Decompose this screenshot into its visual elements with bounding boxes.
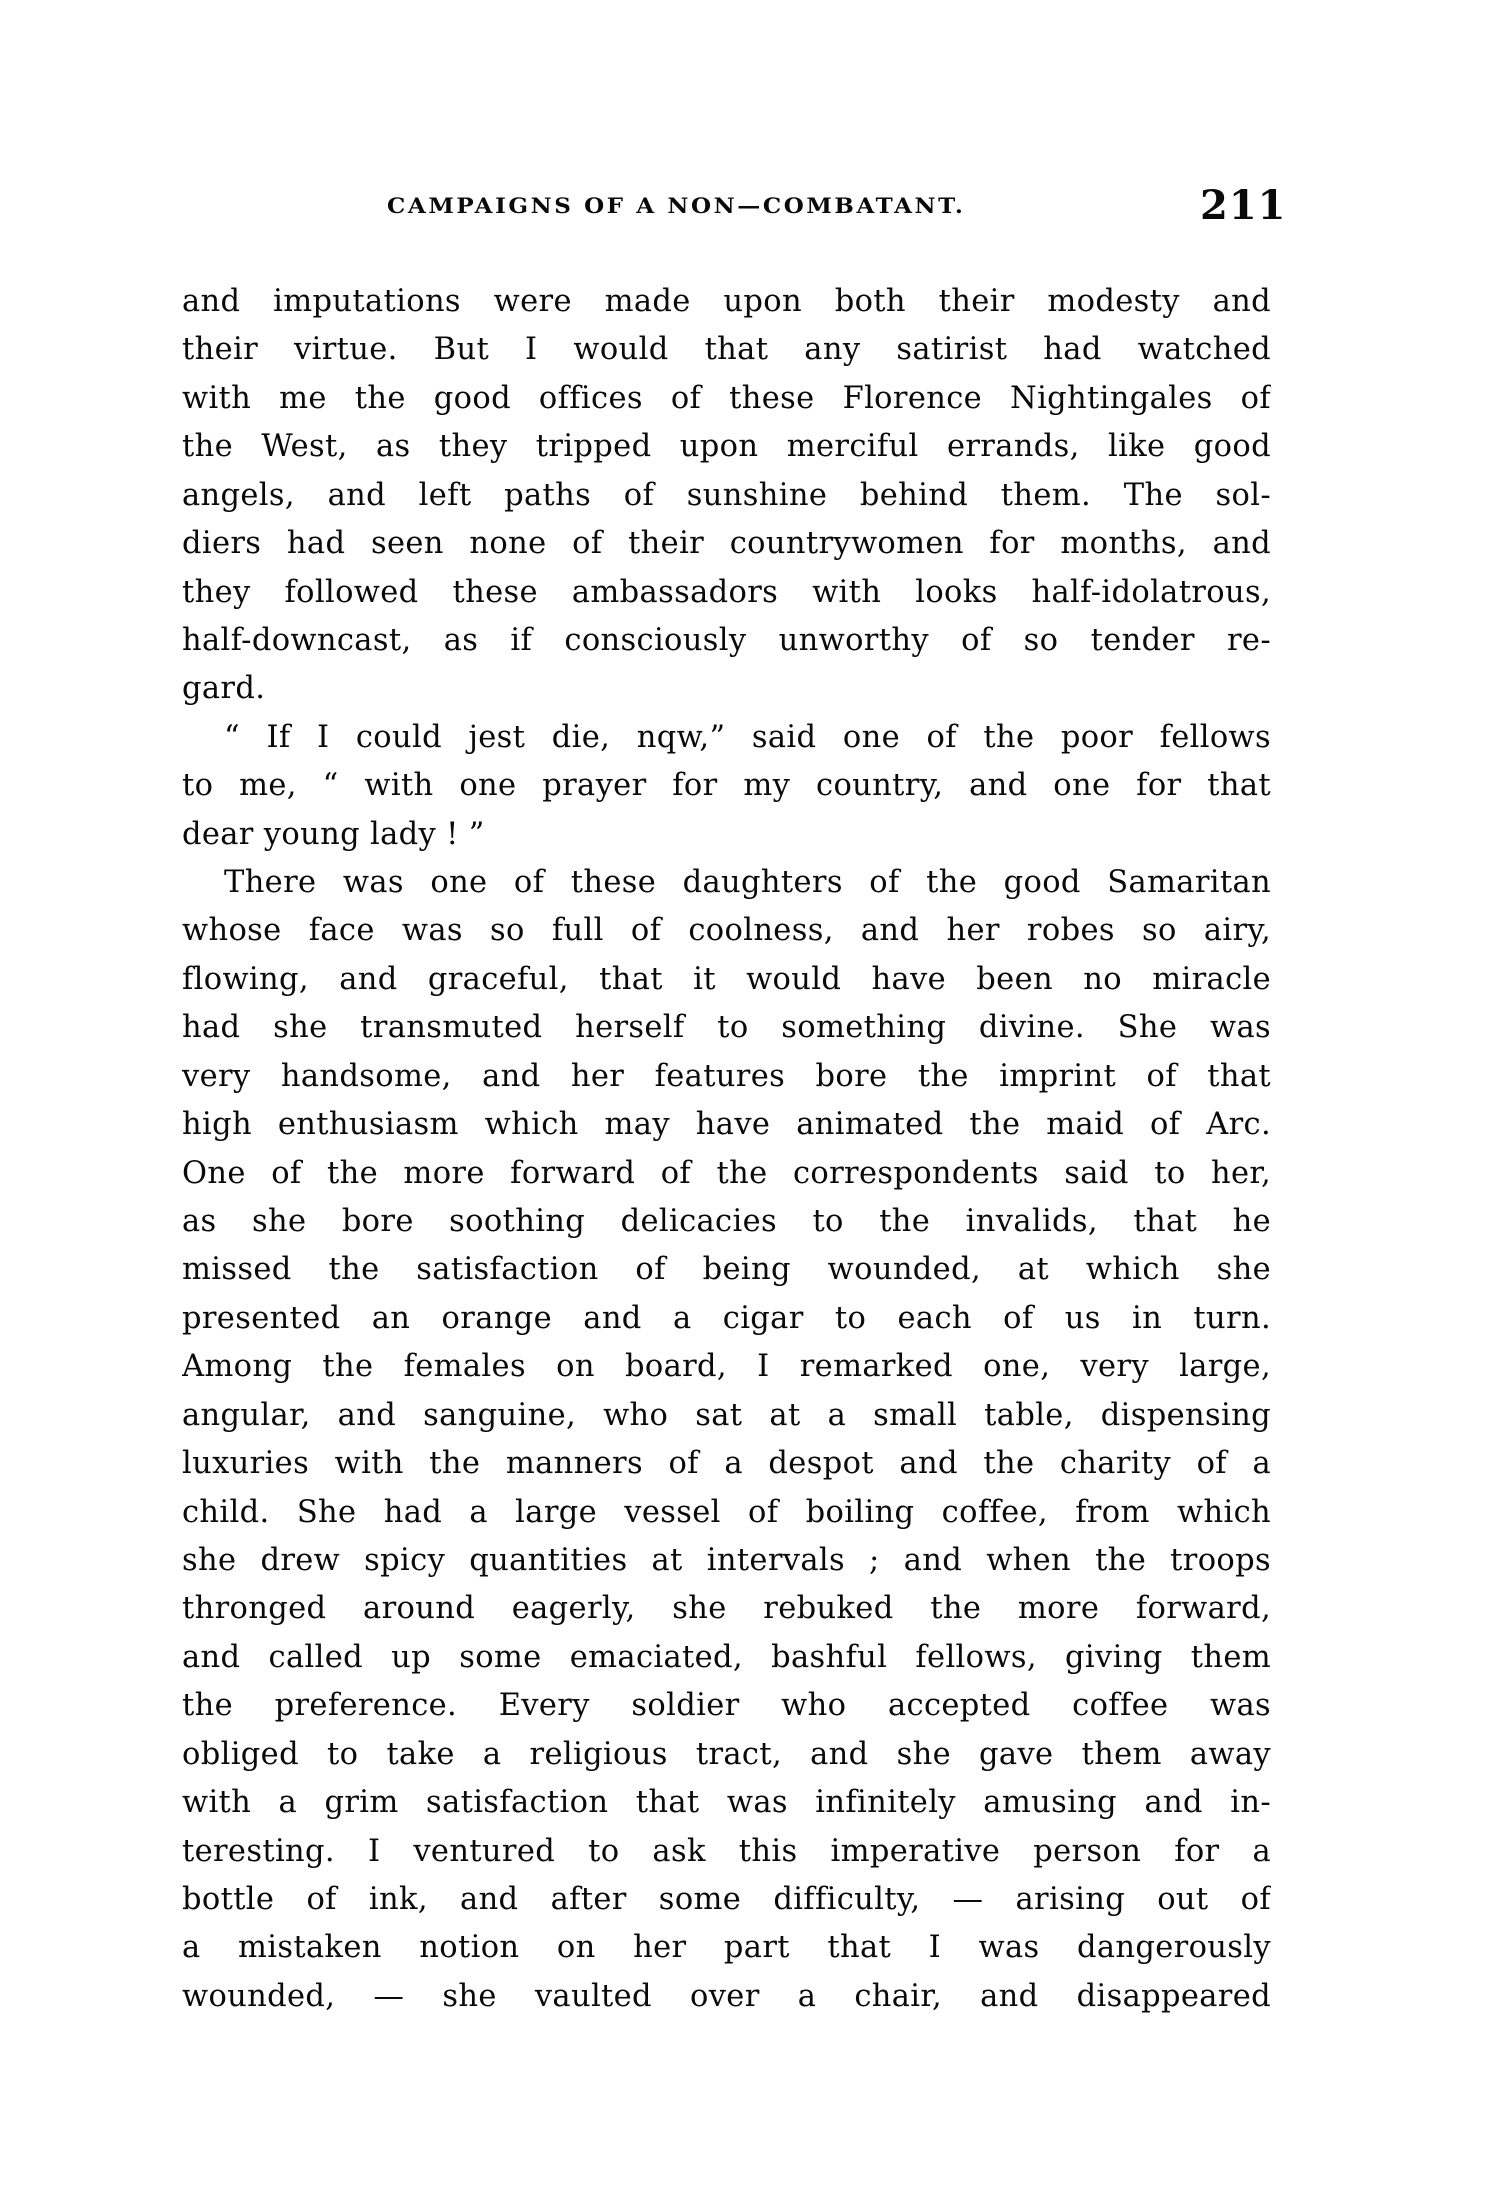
text-line: diers had seen none of their countrywome… bbox=[182, 520, 1271, 568]
text-line: their virtue. But I would that any satir… bbox=[182, 326, 1271, 374]
text-line: and called up some emaciated, bashful fe… bbox=[182, 1634, 1271, 1682]
text-line: One of the more forward of the correspon… bbox=[182, 1150, 1271, 1198]
text-line: gard. bbox=[182, 665, 1271, 713]
body-text: and imputations were made upon both thei… bbox=[182, 278, 1271, 2021]
text-line: thronged around eagerly, she rebuked the… bbox=[182, 1585, 1271, 1633]
text-line: a mistaken notion on her part that I was… bbox=[182, 1924, 1271, 1972]
text-line: they followed these ambassadors with loo… bbox=[182, 569, 1271, 617]
text-line: There was one of these daughters of the … bbox=[182, 859, 1271, 907]
text-line: flowing, and graceful, that it would hav… bbox=[182, 956, 1271, 1004]
text-line: Among the females on board, I remarked o… bbox=[182, 1343, 1271, 1391]
text-line: the preference. Every soldier who accept… bbox=[182, 1682, 1271, 1730]
text-line: missed the satisfaction of being wounded… bbox=[182, 1246, 1271, 1294]
running-head-title: Campaigns of a Non—Combatant. bbox=[387, 190, 1057, 222]
text-line: child. She had a large vessel of boiling… bbox=[182, 1489, 1271, 1537]
text-line: to me, “ with one prayer for my country,… bbox=[182, 762, 1271, 810]
text-line: with me the good offices of these Floren… bbox=[182, 375, 1271, 423]
text-line: angular, and sanguine, who sat at a smal… bbox=[182, 1392, 1271, 1440]
text-line: very handsome, and her features bore the… bbox=[182, 1053, 1271, 1101]
text-line: she drew spicy quantities at intervals ;… bbox=[182, 1537, 1271, 1585]
text-line: had she transmuted herself to something … bbox=[182, 1004, 1271, 1052]
text-line: bottle of ink, and after some difficulty… bbox=[182, 1876, 1271, 1924]
text-line: with a grim satisfaction that was infini… bbox=[182, 1779, 1271, 1827]
text-line: half-downcast, as if consciously unworth… bbox=[182, 617, 1271, 665]
page-number: 211 bbox=[1200, 183, 1272, 229]
text-line: as she bore soothing delicacies to the i… bbox=[182, 1198, 1271, 1246]
text-line: whose face was so full of coolness, and … bbox=[182, 907, 1271, 955]
text-line: high enthusiasm which may have animated … bbox=[182, 1101, 1271, 1149]
book-page: Campaigns of a Non—Combatant. 211 and im… bbox=[0, 0, 1498, 2198]
text-line: teresting. I ventured to ask this impera… bbox=[182, 1828, 1271, 1876]
text-line: the West, as they tripped upon merciful … bbox=[182, 423, 1271, 471]
text-line: obliged to take a religious tract, and s… bbox=[182, 1731, 1271, 1779]
text-line: “ If I could jest die, nqw,” said one of… bbox=[182, 714, 1271, 762]
text-line: luxuries with the manners of a despot an… bbox=[182, 1440, 1271, 1488]
text-line: presented an orange and a cigar to each … bbox=[182, 1295, 1271, 1343]
text-line: and imputations were made upon both thei… bbox=[182, 278, 1271, 326]
text-line: dear young lady ! ” bbox=[182, 811, 1271, 859]
text-line: angels, and left paths of sunshine behin… bbox=[182, 472, 1271, 520]
text-line: wounded, — she vaulted over a chair, and… bbox=[182, 1973, 1271, 2021]
